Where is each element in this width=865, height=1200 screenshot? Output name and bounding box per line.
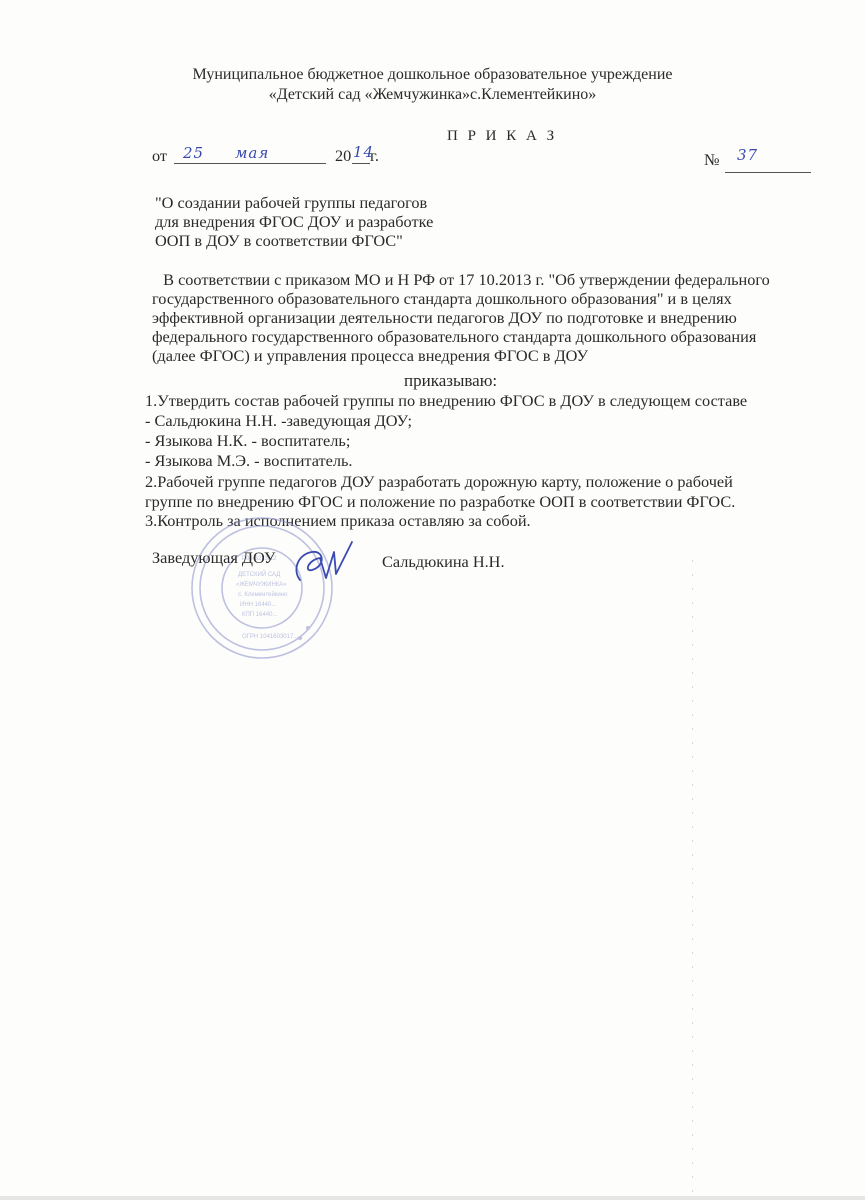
svg-text:ИНН 16440...: ИНН 16440... [240,602,277,608]
preamble-line-5: (далее ФГОС) и управления процесса внедр… [152,346,588,365]
svg-text:«ЖЕМЧУЖИНКА»: «ЖЕМЧУЖИНКА» [236,582,287,588]
svg-text:с. Клементейкино: с. Клементейкино [238,591,288,598]
org-name-line-1: Муниципальное бюджетное дошкольное образ… [0,66,865,84]
member-2: - Языкова Н.К. - воспитатель; [145,431,350,450]
svg-text:ОГРН 1041603017...: ОГРН 1041603017... [242,634,299,640]
year-underline [352,163,370,164]
number-label: № [704,150,720,169]
handwritten-signature-icon [290,540,355,585]
item-2-line-2: группе по внедрению ФГОС и положение по … [145,492,735,511]
svg-text:КПП 16440...: КПП 16440... [242,612,278,618]
date-underline [174,163,326,164]
order-number: 37 [737,146,758,164]
signatory-position: Заведующая ДОУ [152,548,275,567]
official-stamp-icon: Р04-6213/12 ДЕТСКИЙ САД «ЖЕМЧУЖИНКА» с. … [180,510,340,660]
directive-word: приказываю: [404,371,497,390]
svg-text:ДЕТСКИЙ САД: ДЕТСКИЙ САД [238,570,280,578]
item-2-line-1: 2.Рабочей группе педагогов ДОУ разработа… [145,472,733,491]
member-3: - Языкова М.Э. - воспитатель. [145,451,353,470]
subject-line-3: ООП в ДОУ в соответствии ФГОС" [155,231,403,250]
org-name-line-2: «Детский сад «Жемчужинка»с.Клементейкино… [0,86,865,104]
document-page: Муниципальное бюджетное дошкольное образ… [0,0,865,1200]
year-prefix: 20 [335,146,351,165]
subject-line-2: для внедрения ФГОС ДОУ и разработке [155,212,433,231]
item-1: 1.Утвердить состав рабочей группы по вне… [145,391,747,410]
preamble-line-1: В соответствии с приказом МО и Н РФ от 1… [155,270,770,289]
scan-bottom-edge [0,1196,865,1200]
date-prefix: от [152,146,167,165]
scan-fold-line [692,560,693,1200]
date-day: 25 [183,144,204,162]
member-1: - Сальдюкина Н.Н. -заведующая ДОУ; [145,411,412,430]
date-month: мая [235,144,269,162]
number-underline [725,172,811,173]
preamble-line-2: государственного образовательного станда… [152,289,732,308]
year-unit: г. [370,146,379,165]
subject-line-1: "О создании рабочей группы педагогов [155,193,427,212]
signatory-name: Сальдюкина Н.Н. [382,552,505,571]
order-title: П Р И К А З [447,128,557,145]
preamble-line-4: федерального государственного образовате… [152,327,756,346]
preamble-line-3: эффективной организации деятельности пед… [152,308,737,327]
